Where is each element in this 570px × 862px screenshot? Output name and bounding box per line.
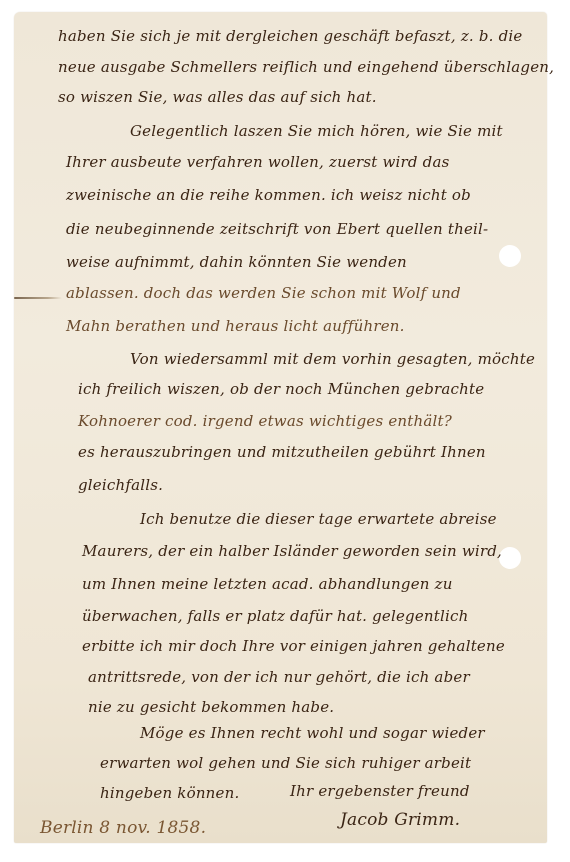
letter-line: Von wiedersamml mit dem vorhin gesagten,… [130,350,535,368]
letter-line: Mahn berathen und heraus licht aufführen… [66,317,405,335]
letter-line: zweinische an die reihe kommen. ich weis… [66,186,471,204]
punch-hole [499,245,521,267]
closing-salutation: Ihr ergebenster freund [290,782,470,800]
letter-line: um Ihnen meine letzten acad. abhandlunge… [82,575,453,593]
letter-line: ich freilich wiszen, ob der noch München… [78,380,484,398]
letter-line: weise aufnimmt, dahin könnten Sie wenden [66,253,407,271]
letter-line: Ich benutze die dieser tage erwartete ab… [140,510,497,528]
signature: Jacob Grimm. [340,810,460,830]
letter-line: erbitte ich mir doch Ihre vor einigen ja… [82,637,505,655]
letter-line: die neubeginnende zeitschrift von Ebert … [66,220,488,238]
letter-line: Möge es Ihnen recht wohl und sogar wiede… [140,724,485,742]
letter-line: gleichfalls. [78,476,163,494]
letter-line: so wiszen Sie, was alles das auf sich ha… [58,88,377,106]
letter-line: es herauszubringen und mitzutheilen gebü… [78,443,486,461]
letter-line: erwarten wol gehen und Sie sich ruhiger … [100,754,471,772]
letter-line: Kohnoerer cod. irgend etwas wichtiges en… [78,412,452,430]
letter-line: ablassen. doch das werden Sie schon mit … [66,284,461,302]
letter-date: Berlin 8 nov. 1858. [40,818,206,838]
letter-line: nie zu gesicht bekommen habe. [88,698,334,716]
letter-line: haben Sie sich je mit dergleichen geschä… [58,27,522,45]
letter-line: Maurers, der ein halber Isländer geworde… [82,542,502,560]
fold-crease [14,297,62,299]
letter-line: neue ausgabe Schmellers reiflich und ein… [58,58,554,76]
letter-line: Ihrer ausbeute verfahren wollen, zuerst … [66,153,450,171]
letter-line: überwachen, falls er platz dafür hat. ge… [82,607,468,625]
letter-line: Gelegentlich laszen Sie mich hören, wie … [130,122,503,140]
letter-line: antrittsrede, von der ich nur gehört, di… [88,668,470,686]
punch-hole [499,547,521,569]
letter-line: hingeben können. [100,784,239,802]
